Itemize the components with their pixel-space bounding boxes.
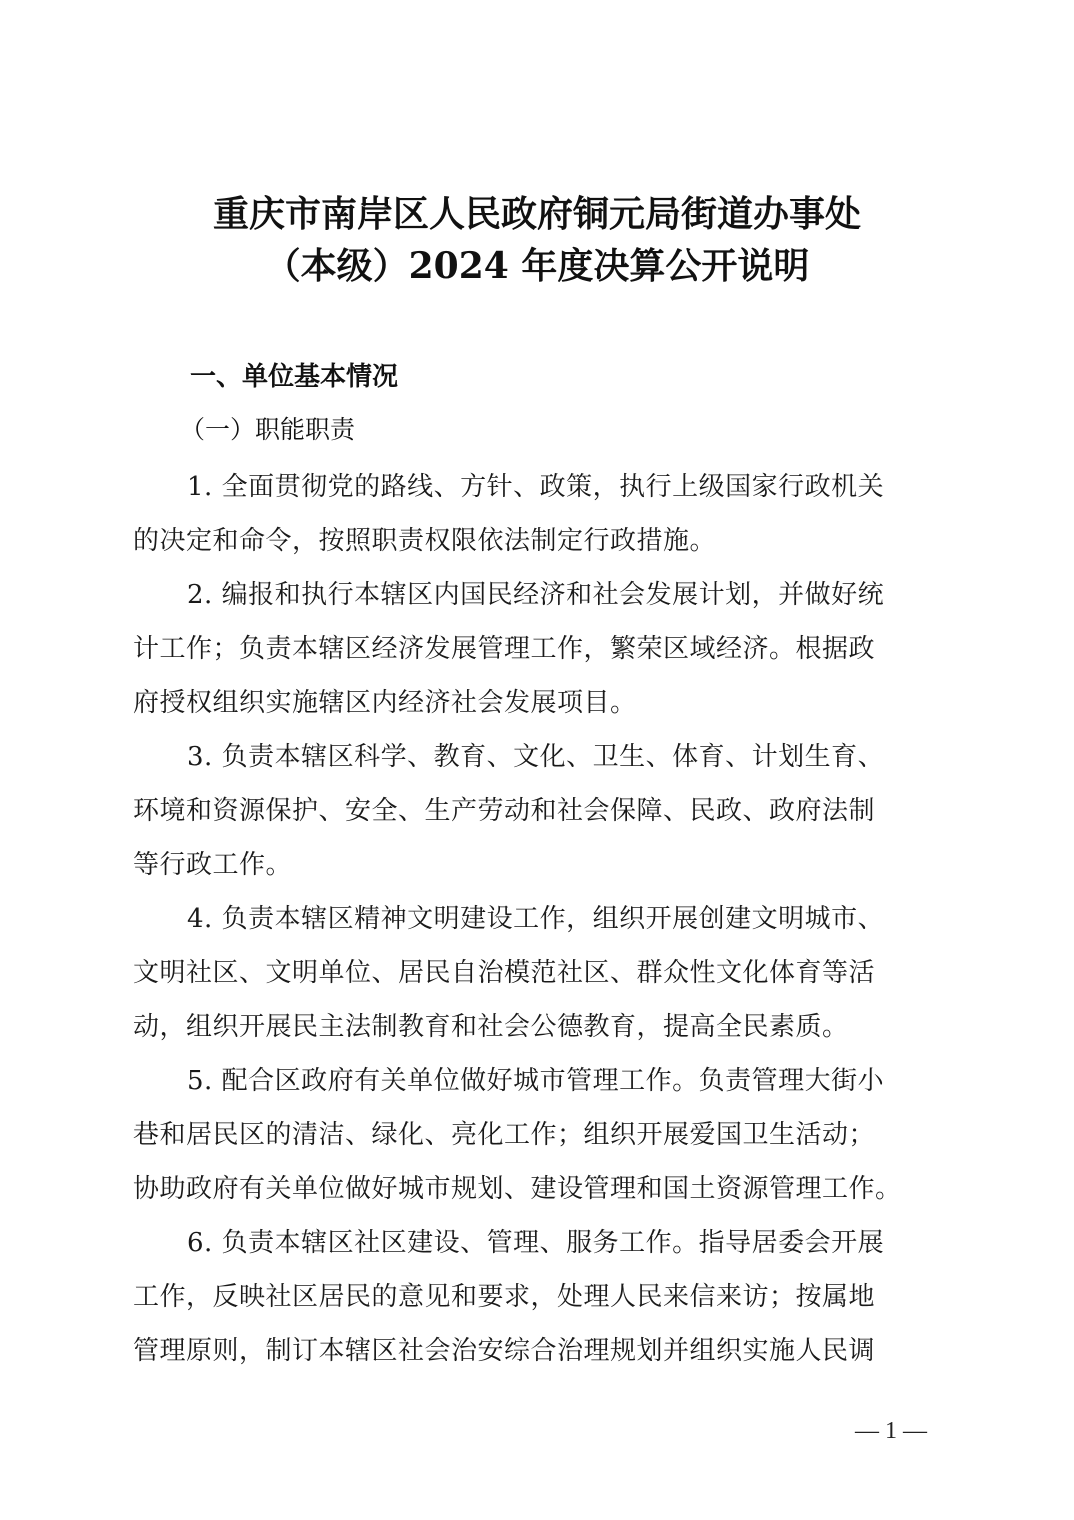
paragraph-line: 4. 负责本辖区精神文明建设工作，组织开展创建文明城市、 [187,898,943,935]
document-page: 重庆市南岸区人民政府铜元局街道办事处 （本级）2024 年度决算公开说明 一、单… [0,0,1074,1520]
section-heading: 一、单位基本情况 [190,356,398,393]
paragraph-line: 府授权组织实施辖区内经济社会发展项目。 [133,682,943,719]
paragraph-line: 巷和居民区的清洁、绿化、亮化工作；组织开展爱国卫生活动； [133,1114,943,1151]
document-title-line-2: （本级）2024 年度决算公开说明 [0,238,1074,289]
paragraph-line: 管理原则，制订本辖区社会治安综合治理规划并组织实施人民调 [133,1330,943,1367]
document-title-line-1: 重庆市南岸区人民政府铜元局街道办事处 [0,186,1074,237]
paragraph-line: 的决定和命令，按照职责权限依法制定行政措施。 [133,520,943,557]
page-number: — 1 — [855,1418,927,1445]
paragraph-line: 计工作；负责本辖区经济发展管理工作，繁荣区域经济。根据政 [133,628,943,665]
paragraph-line: 等行政工作。 [133,844,943,881]
paragraph-line: 2. 编报和执行本辖区内国民经济和社会发展计划，并做好统 [187,574,943,611]
paragraph-line: 3. 负责本辖区科学、教育、文化、卫生、体育、计划生育、 [187,736,943,773]
paragraph-line: 6. 负责本辖区社区建设、管理、服务工作。指导居委会开展 [187,1222,943,1259]
paragraph-line: 文明社区、文明单位、居民自治模范社区、群众性文化体育等活 [133,952,943,989]
paragraph-line: 1. 全面贯彻党的路线、方针、政策，执行上级国家行政机关 [187,466,943,503]
paragraph-line: 动，组织开展民主法制教育和社会公德教育，提高全民素质。 [133,1006,943,1043]
subsection-heading: （一）职能职责 [180,410,355,446]
paragraph-line: 5. 配合区政府有关单位做好城市管理工作。负责管理大街小 [187,1060,943,1097]
paragraph-line: 协助政府有关单位做好城市规划、建设管理和国土资源管理工作。 [133,1168,943,1205]
paragraph-line: 环境和资源保护、安全、生产劳动和社会保障、民政、政府法制 [133,790,943,827]
paragraph-line: 工作，反映社区居民的意见和要求，处理人民来信来访；按属地 [133,1276,943,1313]
